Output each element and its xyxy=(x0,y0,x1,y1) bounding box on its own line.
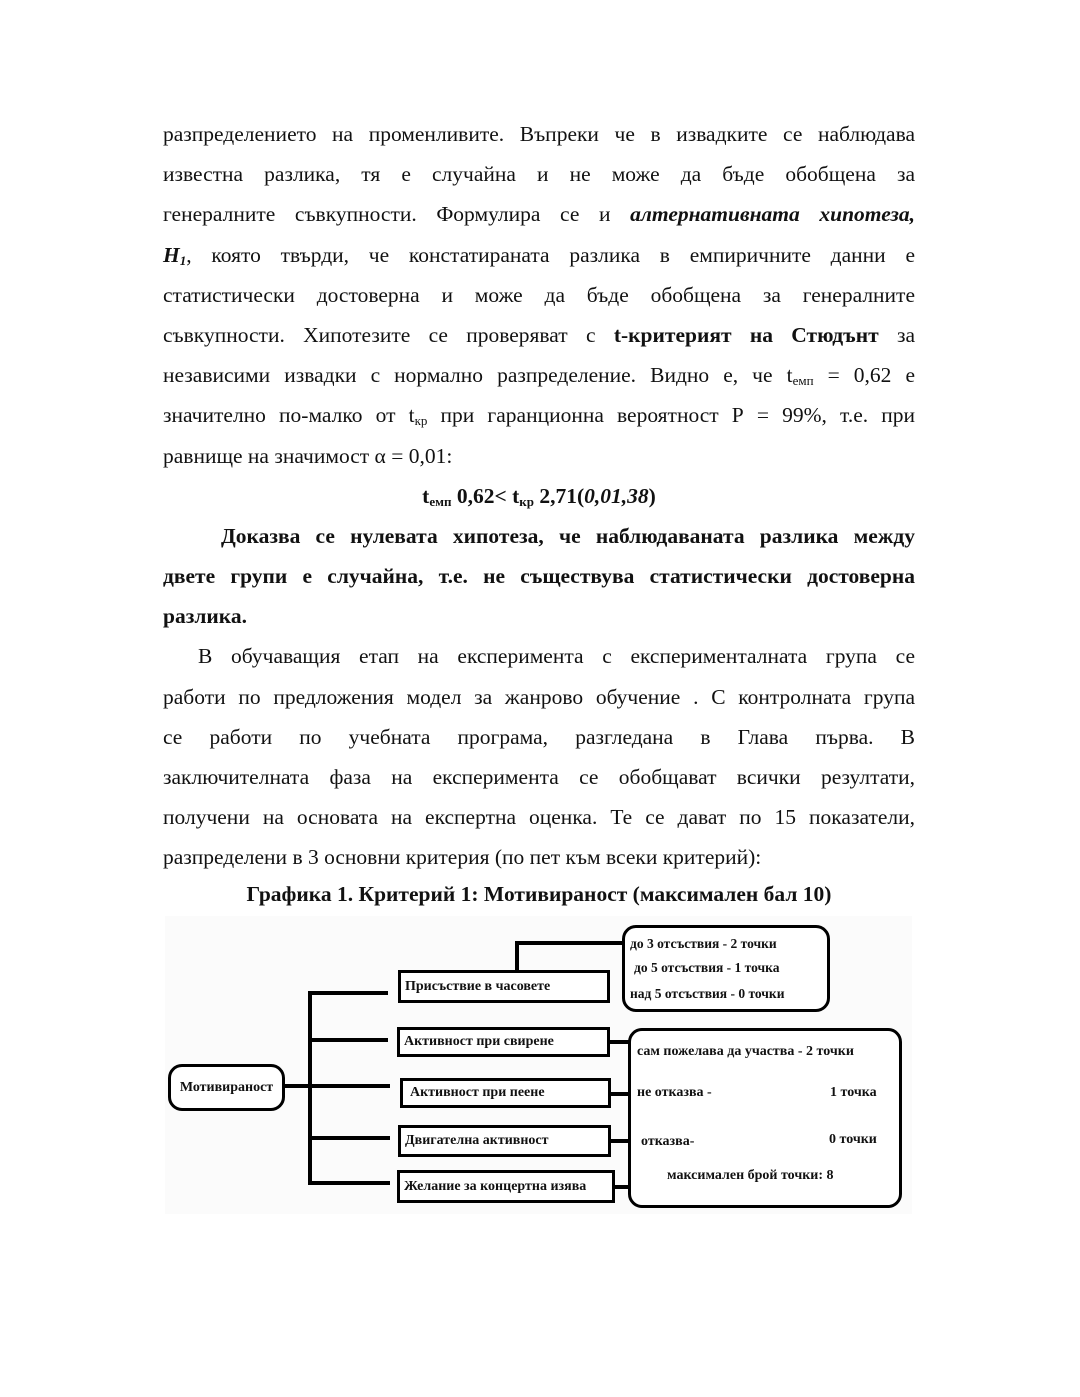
connector xyxy=(614,1185,629,1189)
body-text: разпределението на променливите. Въпреки… xyxy=(163,114,915,878)
connector xyxy=(515,941,519,971)
text-line: В обучаващия етап на експеримента с експ… xyxy=(163,636,915,676)
text-line: заключителната фаза на експеримента се о… xyxy=(163,757,915,797)
connector xyxy=(308,1038,388,1042)
activity-scoring-box: сам пожелава да участва - 2 точки не отк… xyxy=(628,1028,902,1208)
branch-playing-activity: Активност при свирене xyxy=(397,1027,610,1057)
connector xyxy=(308,1136,390,1140)
text-line: значително по-малко от tкр при гаранцион… xyxy=(163,395,915,435)
connector xyxy=(515,941,623,945)
connector xyxy=(308,991,388,995)
alternative-hypothesis-term: алтернативната хипотеза, xyxy=(630,202,915,226)
text-line: получени на основата на експертна оценка… xyxy=(163,797,915,837)
connector xyxy=(610,1092,629,1096)
student-t-test-term: t-критерият на Стюдънт xyxy=(614,323,879,347)
conclusion-line: двете групи е случайна, т.е. не съществу… xyxy=(163,556,915,596)
text-line: генералните съвкупности. Формулира се и … xyxy=(163,194,915,234)
text-line: работи по предложения модел за жанрово о… xyxy=(163,677,915,717)
conclusion-line: Доказва се нулевата хипотеза, че наблюда… xyxy=(163,516,915,556)
branch-singing-activity: Активност при пеене xyxy=(400,1078,611,1108)
conclusion-line: разлика. xyxy=(163,596,915,636)
branch-concert-wish: Желание за концертна изява xyxy=(397,1170,615,1203)
text-line: известна разлика, тя е случайна и не мож… xyxy=(163,154,915,194)
text-line: независими извадки с нормално разпределе… xyxy=(163,355,915,395)
figure-caption: Графика 1. Критерий 1: Мотивираност (мак… xyxy=(163,874,915,914)
connector xyxy=(609,1040,629,1044)
text-line: статистически достоверна и може да бъде … xyxy=(163,275,915,315)
text-line: H1, която твърди, че констатираната разл… xyxy=(163,235,915,275)
text-line: разпределението на променливите. Въпреки… xyxy=(163,114,915,154)
branch-attendance: Присъствие в часовете xyxy=(398,970,610,1003)
connector xyxy=(308,1084,390,1088)
connector xyxy=(284,1084,311,1088)
text-fragment: , която твърди, че констатираната разлик… xyxy=(186,243,915,267)
h1-symbol: H1 xyxy=(163,243,186,267)
text-line: се работи по учебната програма, разгледа… xyxy=(163,717,915,757)
formula: tемп 0,62< tкр 2,71(0,01,38) xyxy=(163,476,915,516)
root-node: Мотивираност xyxy=(168,1064,285,1111)
connector xyxy=(610,1139,629,1143)
connector xyxy=(308,1181,390,1185)
text-fragment: генералните съвкупности. Формулира се и xyxy=(163,202,630,226)
text-line: равнище на значимост α = 0,01: xyxy=(163,436,915,476)
trunk-line xyxy=(308,991,312,1185)
text-fragment: съвкупности. Хипотезите се проверяват с xyxy=(163,323,614,347)
attendance-scoring-box: до 3 отсъствия - 2 точки до 5 отсъствия … xyxy=(622,925,830,1012)
text-fragment: за xyxy=(879,323,915,347)
motivation-diagram: Мотивираност Присъствие в часовете Актив… xyxy=(165,916,912,1214)
text-line: разпределени в 3 основни критерия (по пе… xyxy=(163,837,915,877)
text-line: съвкупности. Хипотезите се проверяват с … xyxy=(163,315,915,355)
document-page: разпределението на променливите. Въпреки… xyxy=(0,0,1080,1397)
branch-motor-activity: Двигателна активност xyxy=(398,1125,611,1157)
